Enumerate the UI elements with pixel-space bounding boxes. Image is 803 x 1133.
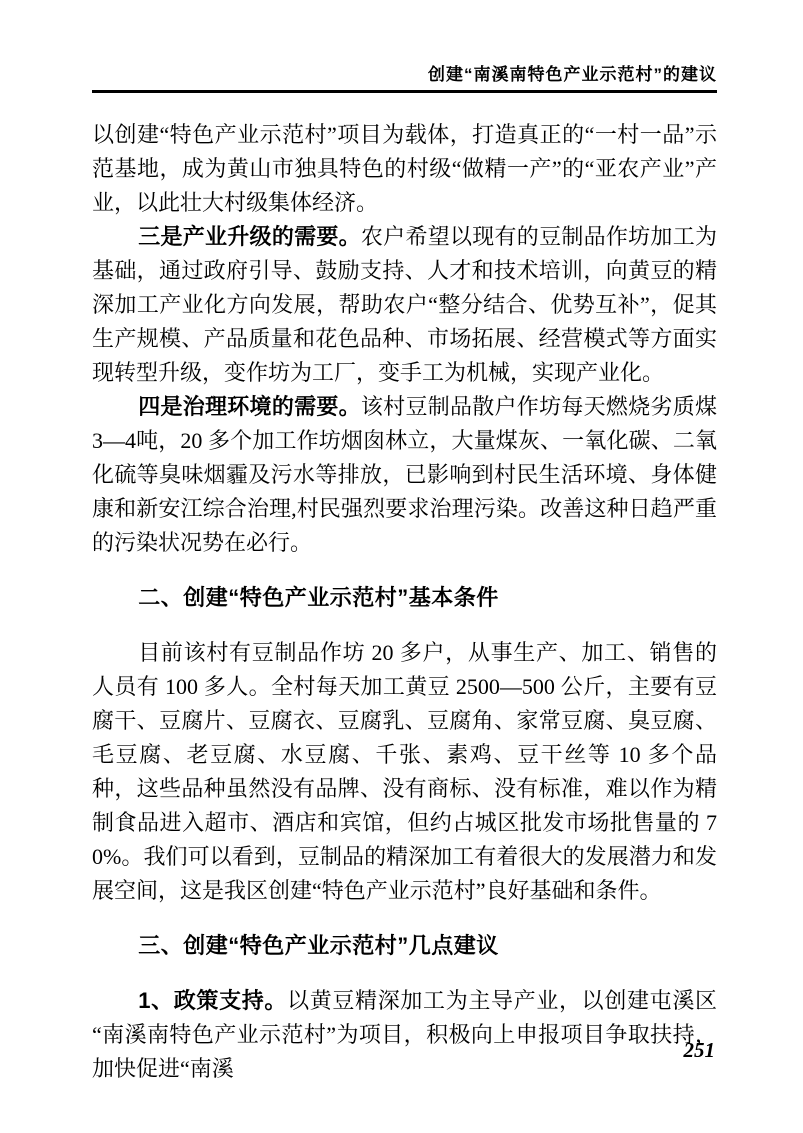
document-page: 创建“南溪南特色产业示范村”的建议 以创建“特色产业示范村”项目为载体，打造真正… [0, 0, 803, 1133]
paragraph-lead: 四是治理环境的需要。 [138, 394, 361, 419]
paragraph-industry-upgrade: 三是产业升级的需要。农户希望以现有的豆制品作坊加工为基础，通过政府引导、鼓励支持… [92, 220, 717, 390]
section-heading-suggestions: 三、创建“特色产业示范村”几点建议 [92, 929, 717, 963]
paragraph-policy-support: 1、政策支持。以黄豆精深加工为主导产业，以创建屯溪区“南溪南特色产业示范村”为项… [92, 984, 717, 1086]
running-head-title: 创建“南溪南特色产业示范村”的建议 [92, 64, 717, 86]
paragraph-text: 以创建“特色产业示范村”项目为载体，打造真正的“一村一品”示范基地，成为黄山市独… [92, 122, 717, 215]
paragraph-text: 目前该村有豆制品作坊 20 多户，从事生产、加工、销售的人员有 100 多人。全… [92, 640, 717, 903]
paragraph-lead: 1、政策支持。 [138, 988, 287, 1013]
paragraph-environment: 四是治理环境的需要。该村豆制品散户作坊每天燃烧劣质煤 3—4吨，20 多个加工作… [92, 390, 717, 560]
section-heading-basic-conditions: 二、创建“特色产业示范村”基本条件 [92, 581, 717, 615]
document-body: 以创建“特色产业示范村”项目为载体，打造真正的“一村一品”示范基地，成为黄山市独… [92, 118, 717, 1086]
paragraph-current-status: 目前该村有豆制品作坊 20 多户，从事生产、加工、销售的人员有 100 多人。全… [92, 636, 717, 908]
content-frame: 创建“南溪南特色产业示范村”的建议 以创建“特色产业示范村”项目为载体，打造真正… [0, 0, 803, 1086]
paragraph-continuation: 以创建“特色产业示范村”项目为载体，打造真正的“一村一品”示范基地，成为黄山市独… [92, 118, 717, 220]
page-header: 创建“南溪南特色产业示范村”的建议 [92, 0, 717, 93]
page-number: 251 [684, 1038, 716, 1063]
paragraph-lead: 三是产业升级的需要。 [138, 224, 361, 249]
